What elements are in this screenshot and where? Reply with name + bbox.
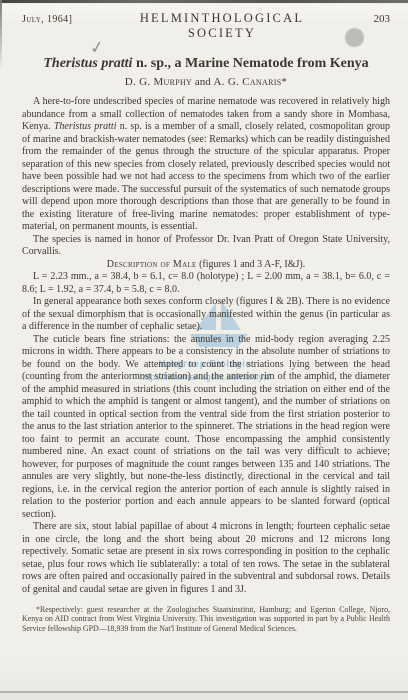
article-title-rest: n. sp., a Marine Nematode from Kenya [132,56,368,71]
intro-paragraph-2: The species is named in honor of Profess… [22,234,390,259]
page-content: July, 1964] HELMINTHOLOGICAL SOCIETY 203… [22,0,390,633]
page-number: 203 [330,13,390,25]
setae-paragraph: There are six, stout labial papillae of … [22,521,390,596]
scanned-journal-page: Vakgroep Biologie http://intramar.ugent.… [0,0,408,700]
cuticle-paragraph: The cuticle bears fine striations: the a… [22,334,390,522]
footnote: *Respectively: guest researcher at the Z… [22,605,390,633]
article-title: Theristus pratti n. sp., a Marine Nemato… [22,56,390,72]
author-2: A. G. Canaris* [214,76,288,88]
byline-conjunction: and [192,76,213,88]
journal-name: HELMINTHOLOGICAL SOCIETY [114,11,330,41]
intro-paragraph-1: A here-to-fore undescribed species of ma… [22,96,390,234]
intro-p1-species-italic: Theristus pratti [54,121,117,132]
general-appearance-paragraph: In general appearance both sexes conform… [22,296,390,334]
section-heading: Description of Male (figures 1 and 3 A-F… [22,259,390,272]
article-body: A here-to-fore undescribed species of ma… [22,96,390,633]
section-heading-smallcaps: Description of Male [107,259,197,270]
species-name-italic: Theristus pratti [43,56,132,71]
measurements-paragraph: L = 2.23 mm., a = 38.4, b = 6.1, c= 8.0 … [22,271,390,296]
scan-edge-bottom-fill [0,693,408,700]
byline: D. G. Murphy and A. G. Canaris* [22,76,390,88]
issue-date: July, 1964] [22,14,114,25]
section-heading-rest: (figures 1 and 3 A-F, I&J). [197,259,306,270]
author-1: D. G. Murphy [125,76,192,88]
scan-edge-left [0,0,2,70]
intro-p1-after: n. sp. is a member of a small, closely r… [22,121,390,232]
page-header: July, 1964] HELMINTHOLOGICAL SOCIETY 203 [22,11,390,41]
